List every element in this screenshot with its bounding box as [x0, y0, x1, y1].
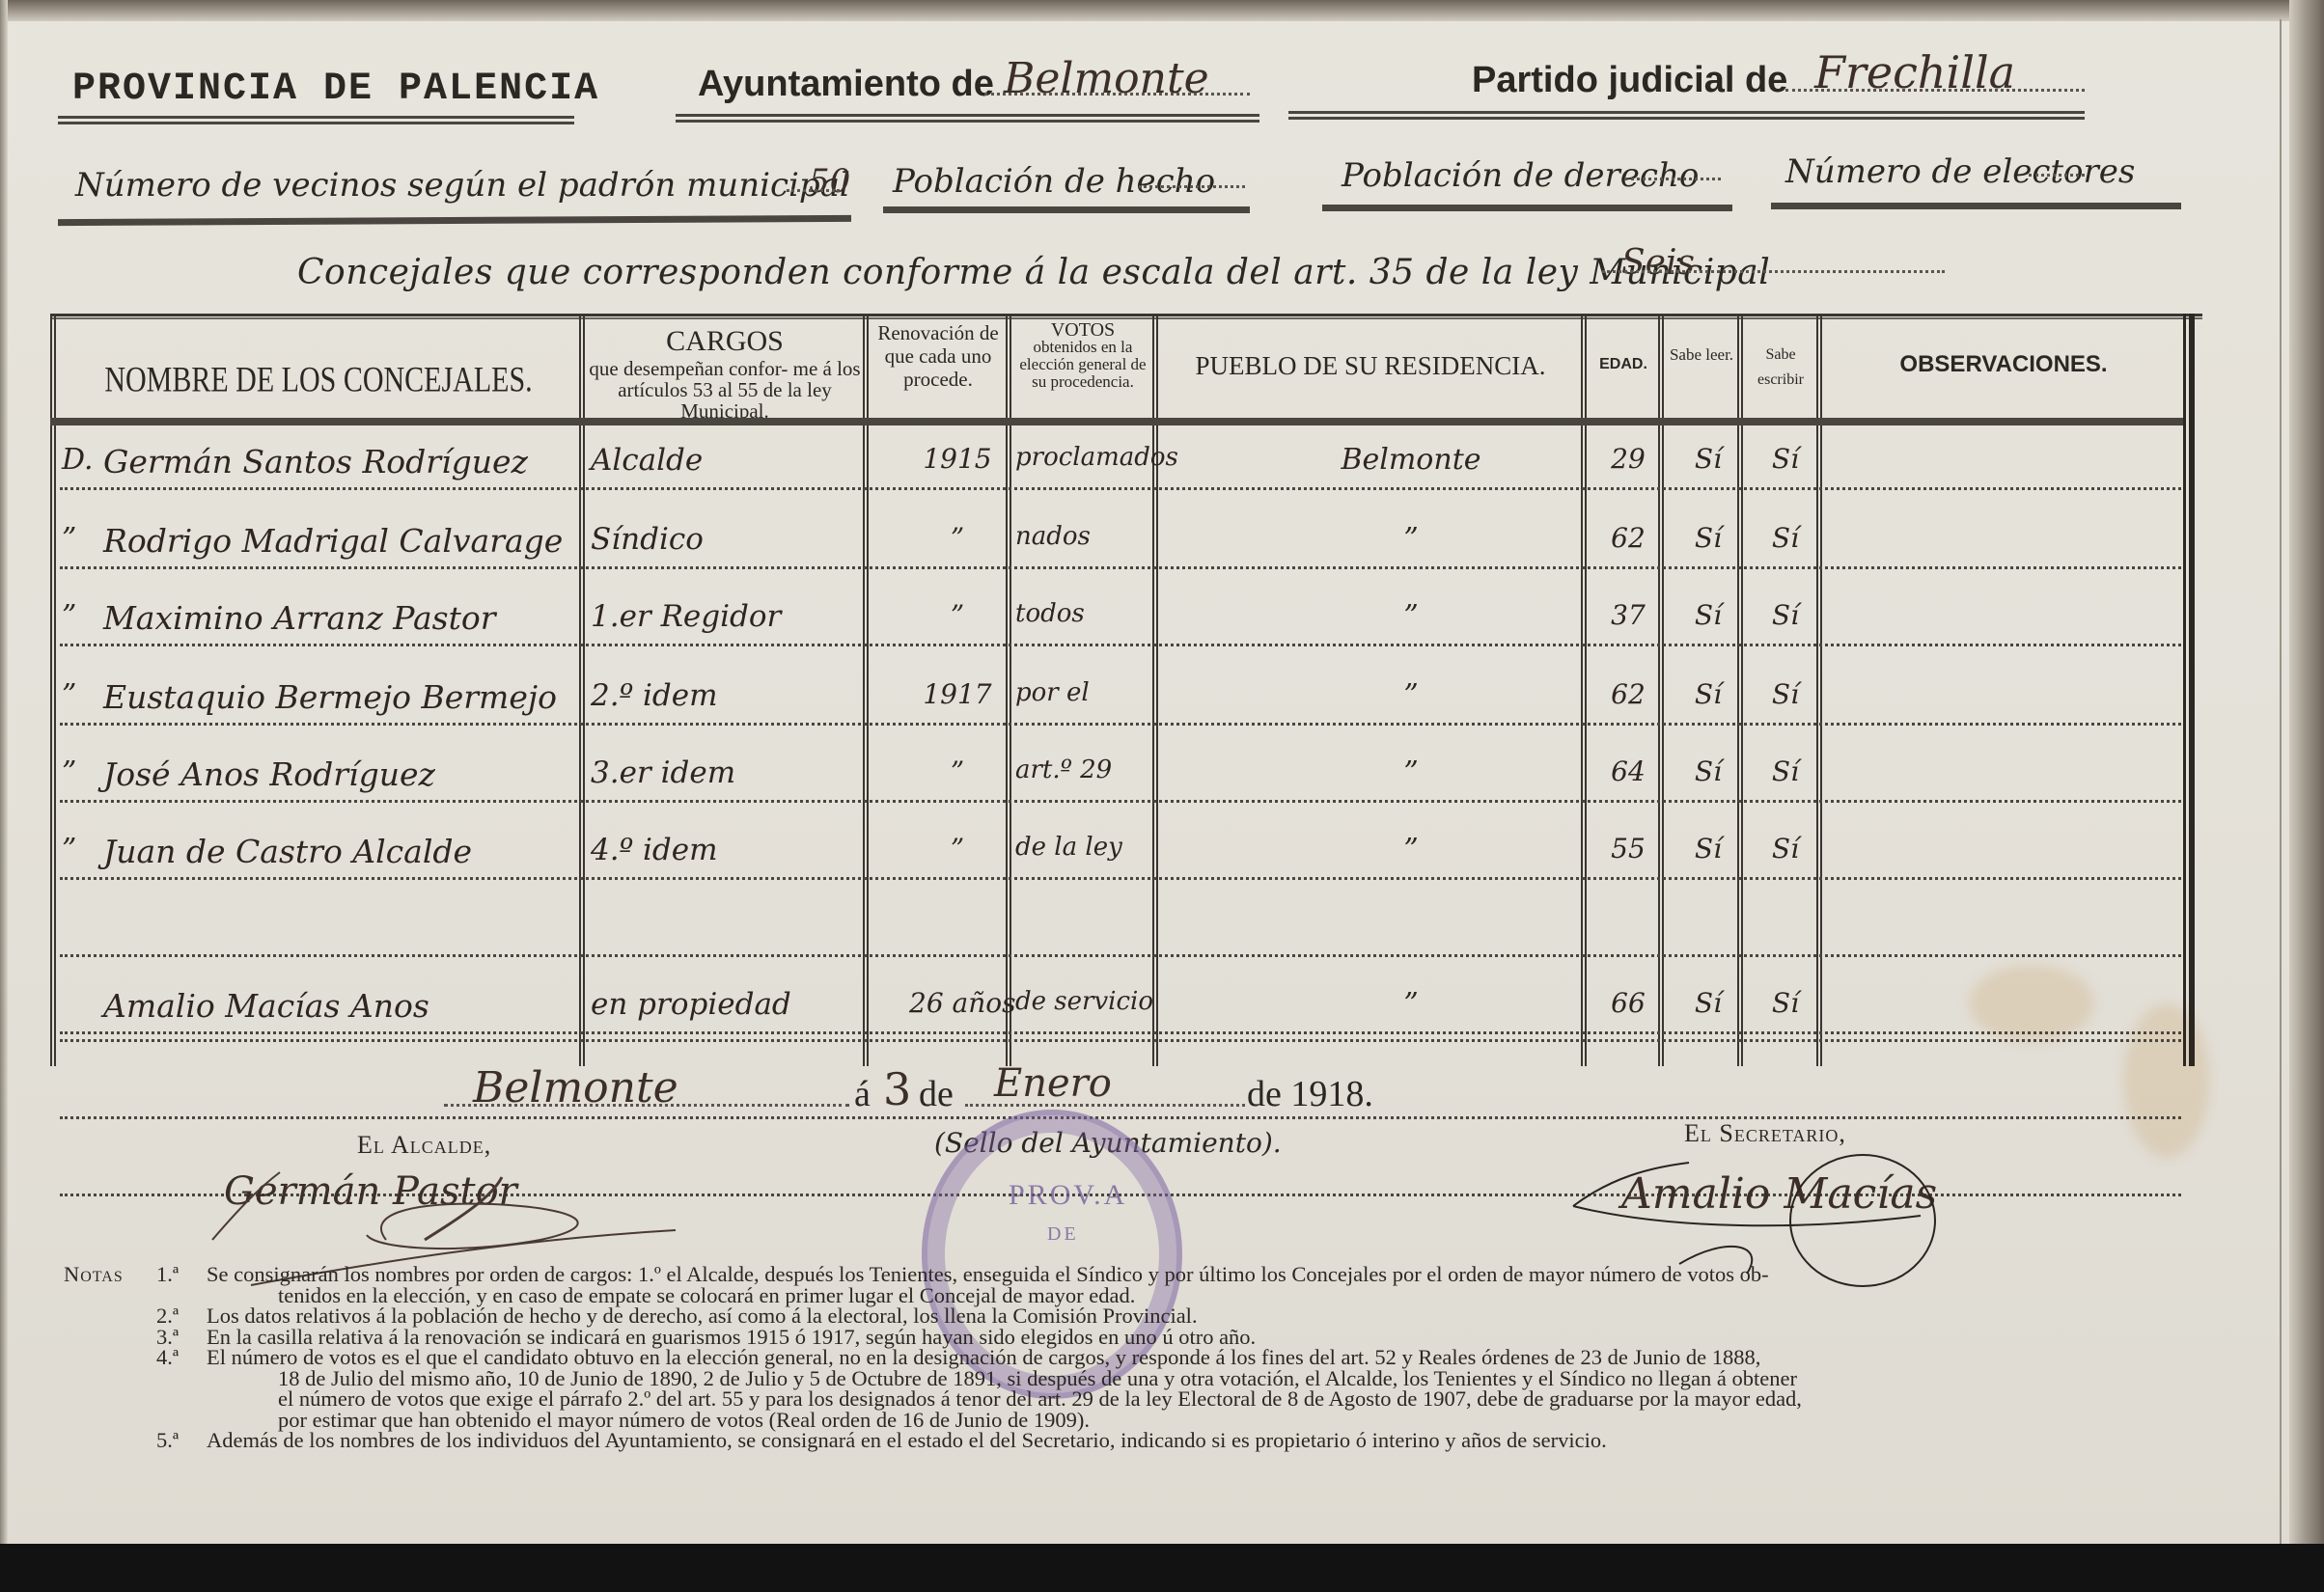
cell-nombre: Juan de Castro Alcalde: [103, 833, 472, 870]
cell-leer: Sí: [1679, 443, 1737, 475]
ayuntamiento-label: Ayuntamiento de: [698, 64, 994, 105]
ayuntamiento-value: Belmonte: [1004, 54, 1209, 103]
vecinos-label: Número de vecinos según el padrón munici…: [75, 166, 850, 205]
col-divider: [1658, 314, 1664, 1066]
cell-nombre: José Anos Rodríguez: [103, 755, 435, 793]
province-title: PROVINCIA DE PALENCIA: [72, 68, 599, 111]
cell-nombre: Eustaquio Bermejo Bermejo: [103, 678, 557, 716]
note-text: el número de votos que exige el párrafo …: [278, 1388, 1802, 1409]
col-divider: [579, 314, 585, 1066]
date-month: Enero: [994, 1061, 1112, 1106]
col-divider: [863, 314, 869, 1066]
th-cargos-sub: que desempeñan confor- me á los artículo…: [587, 358, 863, 422]
fill-line: [1785, 89, 2085, 92]
note-number: 3.ª: [156, 1327, 179, 1347]
th-sabe-escribir: Sabe escribir: [1745, 343, 1816, 393]
page-left-edge: [0, 0, 8, 1549]
cell-leer: Sí: [1679, 522, 1737, 554]
note-text: En la casilla relativa á la renovación s…: [207, 1327, 1256, 1347]
alcalde-flourish: [174, 1148, 676, 1274]
stamp-text: PROV.A: [1009, 1179, 1127, 1212]
th-votos: VOTOS obtenidos en la elección general d…: [1013, 321, 1152, 391]
table-top-border: [50, 314, 2202, 319]
col-divider: [1006, 314, 1011, 1066]
cell-escribir: Sí: [1757, 755, 1814, 787]
cell-renovacion: ”: [909, 755, 1006, 787]
cell-renovacion: ”: [909, 833, 1006, 865]
poblacion-derecho-field: [1624, 178, 1721, 180]
note-text: Se consignarán los nombres por orden de …: [207, 1264, 1769, 1284]
divider: [58, 215, 851, 226]
th-observaciones: OBSERVACIONES.: [1824, 352, 2183, 377]
note-text: 18 de Julio del mismo año, 10 de Junio d…: [278, 1368, 1797, 1388]
note-text: tenidos en la elección, y en caso de emp…: [278, 1285, 1135, 1305]
notes-heading: Notas: [64, 1264, 124, 1284]
th-pueblo: PUEBLO DE SU RESIDENCIA.: [1160, 352, 1581, 381]
concejales-value: Seis: [1621, 243, 1695, 283]
margin-line: [2280, 19, 2282, 1544]
note-text: El número de votos es el que el candidat…: [207, 1347, 1760, 1367]
th-nombre: NOMBRE DE LOS CONCEJALES.: [58, 360, 579, 399]
electores-field: [2029, 174, 2085, 177]
cell-renovacion: 1917: [909, 678, 1006, 710]
cell-leer: Sí: [1679, 833, 1737, 865]
cell-nombre: Germán Santos Rodríguez: [103, 443, 528, 480]
poblacion-hecho-field: [1139, 185, 1245, 188]
cell-votos: de la ley: [1015, 833, 1122, 862]
fill-line: [984, 93, 1250, 96]
row-rule: [60, 723, 2181, 726]
cell-cargo: 4.º idem: [591, 833, 718, 867]
row-rule: [60, 1031, 2181, 1034]
cell-escribir: Sí: [1757, 522, 1814, 554]
date-de: de: [919, 1073, 954, 1115]
cell-votos: por el: [1015, 678, 1090, 707]
row-rule: [60, 954, 2181, 957]
cell-cargo: Alcalde: [591, 443, 703, 478]
poblacion-derecho-label: Población de derecho: [1342, 156, 1699, 195]
cell-prefix: ”: [62, 522, 76, 556]
vecinos-value: 50: [809, 162, 850, 201]
cell-pueblo: ”: [1247, 678, 1575, 712]
cell-prefix: ”: [62, 833, 76, 866]
cell-votos: todos: [1015, 599, 1085, 628]
note-text: Además de los nombres de los individuos …: [207, 1430, 1607, 1450]
cell-renovacion: ”: [909, 599, 1006, 631]
cell-edad: 29: [1599, 443, 1657, 475]
cell-nombre: Maximino Arranz Pastor: [103, 599, 496, 637]
note-text: Los datos relativos á la población de he…: [207, 1305, 1198, 1326]
cell-cargo: 1.er Regidor: [591, 599, 781, 634]
col-divider: [50, 314, 56, 1066]
cell-votos: art.º 29: [1015, 755, 1112, 784]
col-divider: [1737, 314, 1743, 1066]
concejales-table: NOMBRE DE LOS CONCEJALES. CARGOS que des…: [50, 314, 2202, 1066]
cell-escribir: Sí: [1757, 987, 1814, 1019]
cell-votos: nados: [1015, 522, 1091, 551]
divider: [1771, 203, 2181, 209]
cell-nombre: Amalio Macías Anos: [103, 987, 429, 1025]
th-renovacion: Renovación de que cada uno procede.: [871, 321, 1006, 391]
row-rule: [60, 877, 2181, 880]
cell-leer: Sí: [1679, 755, 1737, 787]
cell-escribir: Sí: [1757, 833, 1814, 865]
header-separator: [50, 418, 2183, 425]
cell-edad: 62: [1599, 522, 1657, 554]
th-sabe-leer: Sabe leer.: [1666, 343, 1737, 368]
cell-nombre: Rodrigo Madrigal Calvarage: [103, 522, 563, 560]
cell-pueblo: ”: [1247, 755, 1575, 789]
row-rule: [60, 1039, 2181, 1042]
background: [0, 1544, 2324, 1592]
cell-renovacion: 26 años: [909, 987, 1006, 1019]
date-year: de 1918.: [1247, 1073, 1373, 1115]
divider: [1288, 111, 2085, 120]
th-edad: EDAD.: [1589, 356, 1658, 373]
fill-line: [444, 1104, 849, 1107]
row-rule: [60, 800, 2181, 803]
document-page: PROVINCIA DE PALENCIA Ayuntamiento de Be…: [0, 0, 2324, 1549]
cell-prefix: D.: [62, 443, 94, 477]
row-rule: [60, 566, 2181, 569]
note-number: 4.ª: [156, 1347, 179, 1367]
note-number: 5.ª: [156, 1430, 179, 1450]
row-rule: [60, 487, 2181, 490]
secretario-flourish: [1554, 1139, 1959, 1274]
date-day: 3: [883, 1063, 911, 1115]
cell-votos: de servicio: [1015, 987, 1153, 1016]
cell-escribir: Sí: [1757, 678, 1814, 710]
col-divider: [1152, 314, 1158, 1066]
cell-edad: 66: [1599, 987, 1657, 1019]
fill-line: [787, 189, 840, 192]
cell-escribir: Sí: [1757, 599, 1814, 631]
note-text: por estimar que han obtenido el mayor nú…: [278, 1410, 1090, 1430]
row-rule: [60, 1116, 2181, 1119]
col-divider: [1816, 314, 1822, 1066]
poblacion-hecho-label: Población de hecho: [893, 162, 1215, 201]
row-rule: [60, 644, 2181, 646]
cell-leer: Sí: [1679, 678, 1737, 710]
cell-pueblo: ”: [1247, 833, 1575, 866]
binding-fold: [0, 0, 2324, 21]
cell-renovacion: 1915: [909, 443, 1006, 475]
th-votos-title: VOTOS: [1013, 321, 1152, 339]
divider: [676, 114, 1259, 123]
cell-cargo: Síndico: [591, 522, 704, 557]
th-votos-sub: obtenidos en la elección general de su p…: [1013, 339, 1152, 391]
col-divider: [1581, 314, 1587, 1066]
book-edge: [2289, 0, 2324, 1549]
cell-pueblo: ”: [1247, 522, 1575, 556]
cell-prefix: ”: [62, 599, 76, 633]
cell-edad: 55: [1599, 833, 1657, 865]
cell-edad: 37: [1599, 599, 1657, 631]
divider: [1322, 205, 1732, 211]
cell-leer: Sí: [1679, 599, 1737, 631]
cell-votos: proclamados: [1015, 443, 1178, 472]
cell-prefix: ”: [62, 755, 76, 789]
cell-cargo: en propiedad: [591, 987, 791, 1022]
divider: [58, 116, 574, 124]
th-cargos: CARGOS: [587, 325, 863, 357]
partido-label: Partido judicial de: [1472, 60, 1787, 101]
fill-line: [965, 1104, 1245, 1107]
fill-line: [1602, 270, 1945, 273]
note-number: 1.ª: [156, 1264, 179, 1284]
stamp-text: DE: [1047, 1223, 1079, 1246]
cell-cargo: 3.er idem: [591, 755, 735, 790]
table-right-border: [2183, 314, 2195, 1066]
divider: [883, 206, 1250, 213]
cell-pueblo: Belmonte: [1247, 443, 1575, 477]
cell-edad: 64: [1599, 755, 1657, 787]
concejales-label: Concejales que corresponden conforme á l…: [297, 253, 1770, 292]
date-a: á: [854, 1073, 871, 1115]
cell-prefix: ”: [62, 678, 76, 712]
cell-cargo: 2.º idem: [591, 678, 718, 713]
electores-label: Número de electores: [1785, 152, 2135, 191]
cell-pueblo: ”: [1247, 599, 1575, 633]
cell-renovacion: ”: [909, 522, 1006, 554]
cell-pueblo: ”: [1247, 987, 1575, 1021]
cell-edad: 62: [1599, 678, 1657, 710]
cell-escribir: Sí: [1757, 443, 1814, 475]
note-number: 2.ª: [156, 1305, 179, 1326]
cell-leer: Sí: [1679, 987, 1737, 1019]
